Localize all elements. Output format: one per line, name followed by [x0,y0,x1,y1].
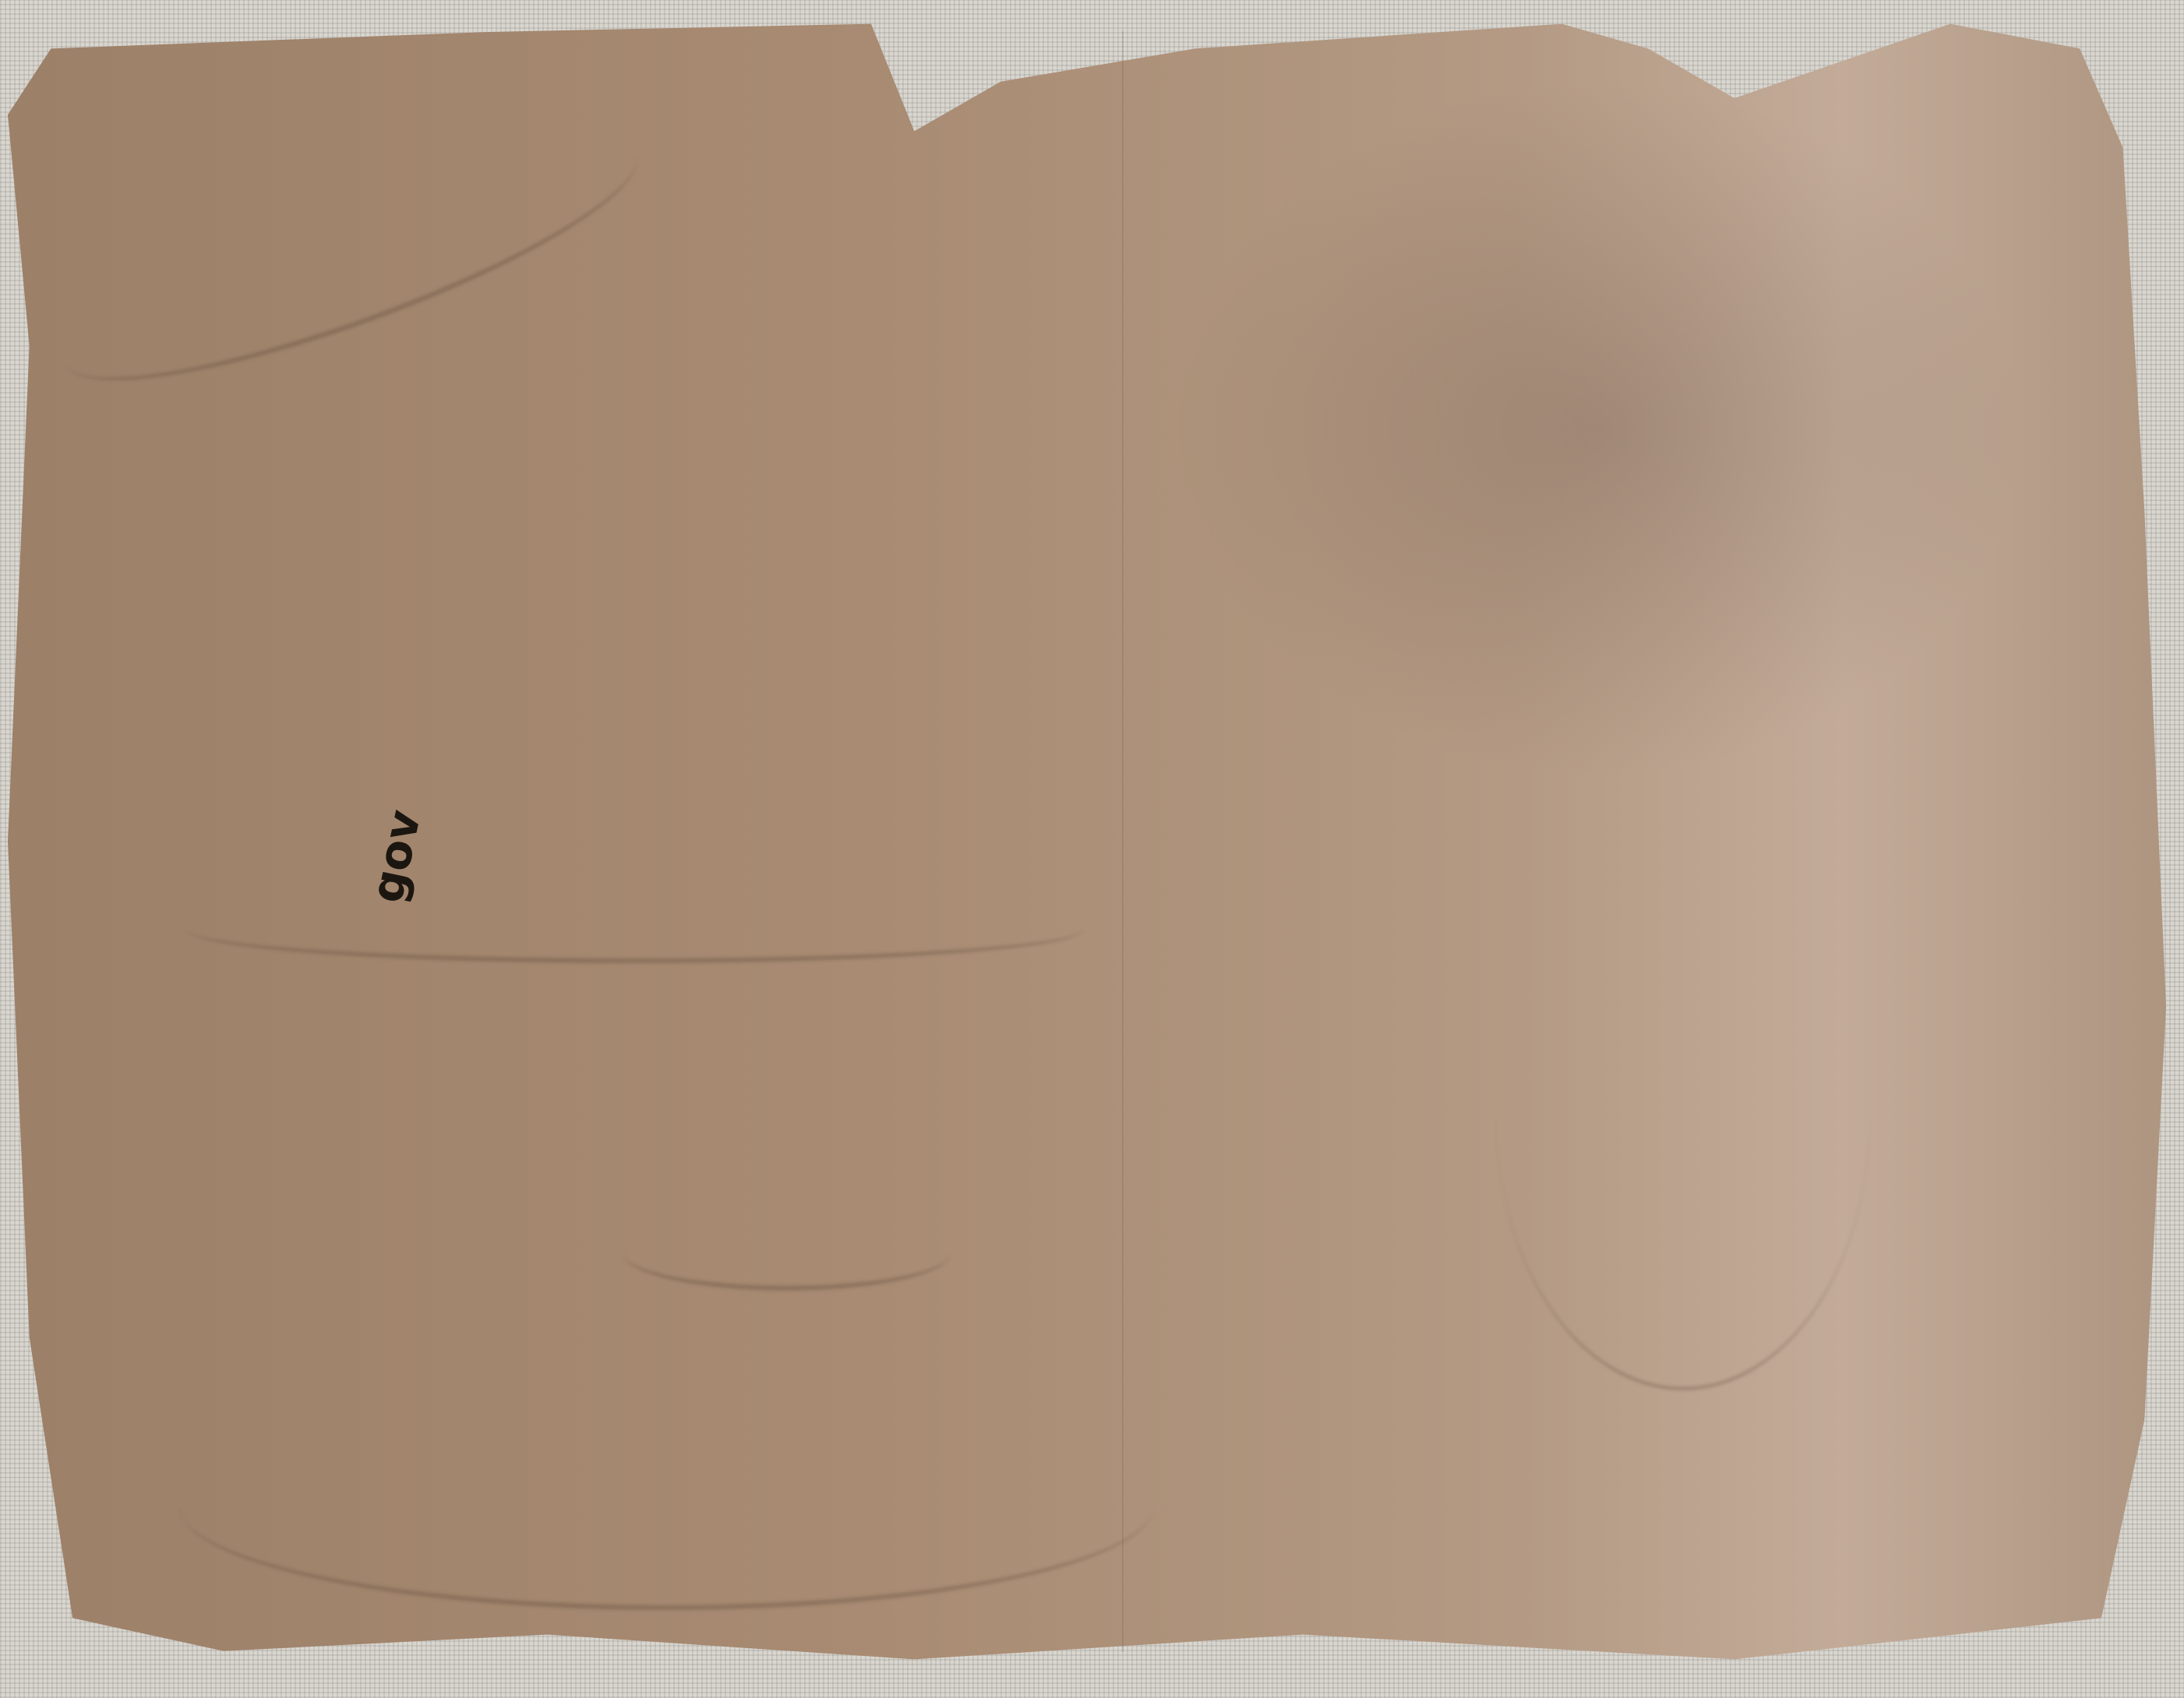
bleed-signature-middle [187,896,1083,963]
shadow-area [1169,78,2026,779]
bleed-line-lower-center [623,1216,951,1290]
bleed-signature-bottom-left [179,1403,1153,1610]
fold-crease [1122,31,1124,1652]
bleed-column-right [1496,842,1870,1390]
